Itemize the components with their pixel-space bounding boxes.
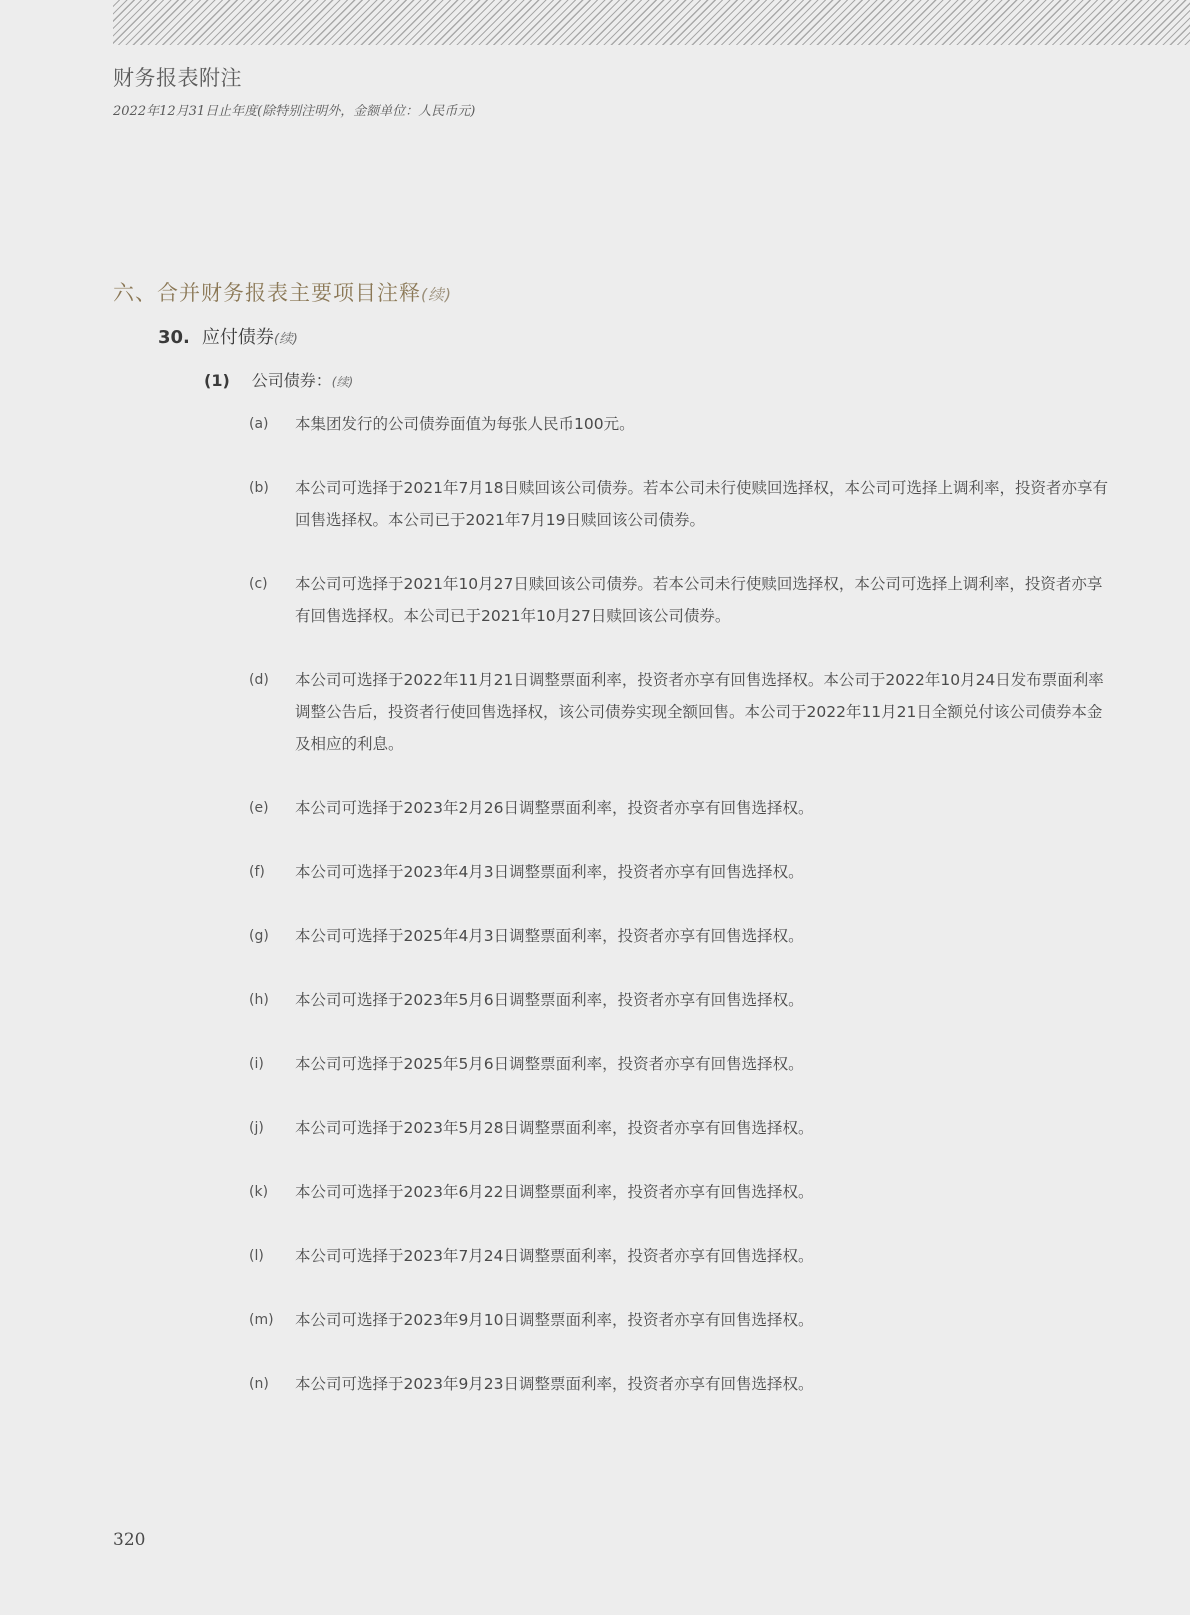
note-label: (n) [249, 1368, 269, 1400]
section-title: 六、合并财务报表主要项目注释 [113, 281, 421, 305]
document-title: 财务报表附注 [113, 62, 242, 92]
note-text: 本公司可选择于2023年4月3日调整票面利率，投资者亦享有回售选择权。 [295, 856, 1109, 888]
note-item: (a) 本集团发行的公司债券面值为每张人民币100元。 [249, 408, 1109, 440]
subsection-number: 30. [158, 327, 190, 348]
note-label: (m) [249, 1304, 274, 1336]
decorative-hatch-band [113, 0, 1190, 45]
note-label: (b) [249, 472, 269, 504]
continued-label: (续) [274, 331, 298, 347]
note-item: (g) 本公司可选择于2025年4月3日调整票面利率，投资者亦享有回售选择权。 [249, 920, 1109, 952]
note-text: 本公司可选择于2021年10月27日赎回该公司债券。若本公司未行使赎回选择权，本… [295, 568, 1109, 632]
subsection-title: 应付债券 [202, 327, 274, 348]
note-item: (e) 本公司可选择于2023年2月26日调整票面利率，投资者亦享有回售选择权。 [249, 792, 1109, 824]
page-number: 320 [113, 1530, 145, 1550]
note-label: (k) [249, 1176, 268, 1208]
note-label: (i) [249, 1048, 264, 1080]
continued-label: (续) [421, 285, 452, 304]
note-label: (c) [249, 568, 268, 600]
note-text: 本公司可选择于2023年6月22日调整票面利率，投资者亦享有回售选择权。 [295, 1176, 1109, 1208]
note-text: 本公司可选择于2023年5月6日调整票面利率，投资者亦享有回售选择权。 [295, 984, 1109, 1016]
note-text: 本公司可选择于2025年5月6日调整票面利率，投资者亦享有回售选择权。 [295, 1048, 1109, 1080]
subsection-heading: 30.应付债券(续) [158, 323, 298, 349]
note-text: 本公司可选择于2023年7月24日调整票面利率，投资者亦享有回售选择权。 [295, 1240, 1109, 1272]
note-item: (f) 本公司可选择于2023年4月3日调整票面利率，投资者亦享有回售选择权。 [249, 856, 1109, 888]
note-text: 本公司可选择于2023年2月26日调整票面利率，投资者亦享有回售选择权。 [295, 792, 1109, 824]
item-heading: (1)公司债券：(续) [204, 368, 353, 391]
note-text: 本集团发行的公司债券面值为每张人民币100元。 [295, 408, 1109, 440]
note-item: (l) 本公司可选择于2023年7月24日调整票面利率，投资者亦享有回售选择权。 [249, 1240, 1109, 1272]
note-text: 本公司可选择于2021年7月18日赎回该公司债券。若本公司未行使赎回选择权，本公… [295, 472, 1109, 536]
note-label: (l) [249, 1240, 264, 1272]
note-text: 本公司可选择于2025年4月3日调整票面利率，投资者亦享有回售选择权。 [295, 920, 1109, 952]
note-text: 本公司可选择于2022年11月21日调整票面利率，投资者亦享有回售选择权。本公司… [295, 664, 1109, 760]
note-label: (e) [249, 792, 269, 824]
note-item: (j) 本公司可选择于2023年5月28日调整票面利率，投资者亦享有回售选择权。 [249, 1112, 1109, 1144]
note-label: (d) [249, 664, 269, 696]
note-label: (g) [249, 920, 269, 952]
item-title: 公司债券： [252, 371, 332, 390]
document-subtitle: 2022年12月31日止年度(除特别注明外，金额单位：人民币元) [113, 100, 475, 119]
note-item: (k) 本公司可选择于2023年6月22日调整票面利率，投资者亦享有回售选择权。 [249, 1176, 1109, 1208]
continued-label: (续) [332, 375, 353, 389]
note-item: (m) 本公司可选择于2023年9月10日调整票面利率，投资者亦享有回售选择权。 [249, 1304, 1109, 1336]
note-item: (d) 本公司可选择于2022年11月21日调整票面利率，投资者亦享有回售选择权… [249, 664, 1109, 760]
note-text: 本公司可选择于2023年5月28日调整票面利率，投资者亦享有回售选择权。 [295, 1112, 1109, 1144]
section-heading: 六、合并财务报表主要项目注释(续) [113, 277, 452, 307]
note-text: 本公司可选择于2023年9月23日调整票面利率，投资者亦享有回售选择权。 [295, 1368, 1109, 1400]
note-item: (c) 本公司可选择于2021年10月27日赎回该公司债券。若本公司未行使赎回选… [249, 568, 1109, 632]
note-item: (n) 本公司可选择于2023年9月23日调整票面利率，投资者亦享有回售选择权。 [249, 1368, 1109, 1400]
note-label: (a) [249, 408, 269, 440]
item-number: (1) [204, 371, 230, 390]
note-item: (i) 本公司可选择于2025年5月6日调整票面利率，投资者亦享有回售选择权。 [249, 1048, 1109, 1080]
note-label: (j) [249, 1112, 264, 1144]
note-text: 本公司可选择于2023年9月10日调整票面利率，投资者亦享有回售选择权。 [295, 1304, 1109, 1336]
note-label: (f) [249, 856, 265, 888]
note-item: (h) 本公司可选择于2023年5月6日调整票面利率，投资者亦享有回售选择权。 [249, 984, 1109, 1016]
note-label: (h) [249, 984, 269, 1016]
note-item: (b) 本公司可选择于2021年7月18日赎回该公司债券。若本公司未行使赎回选择… [249, 472, 1109, 536]
